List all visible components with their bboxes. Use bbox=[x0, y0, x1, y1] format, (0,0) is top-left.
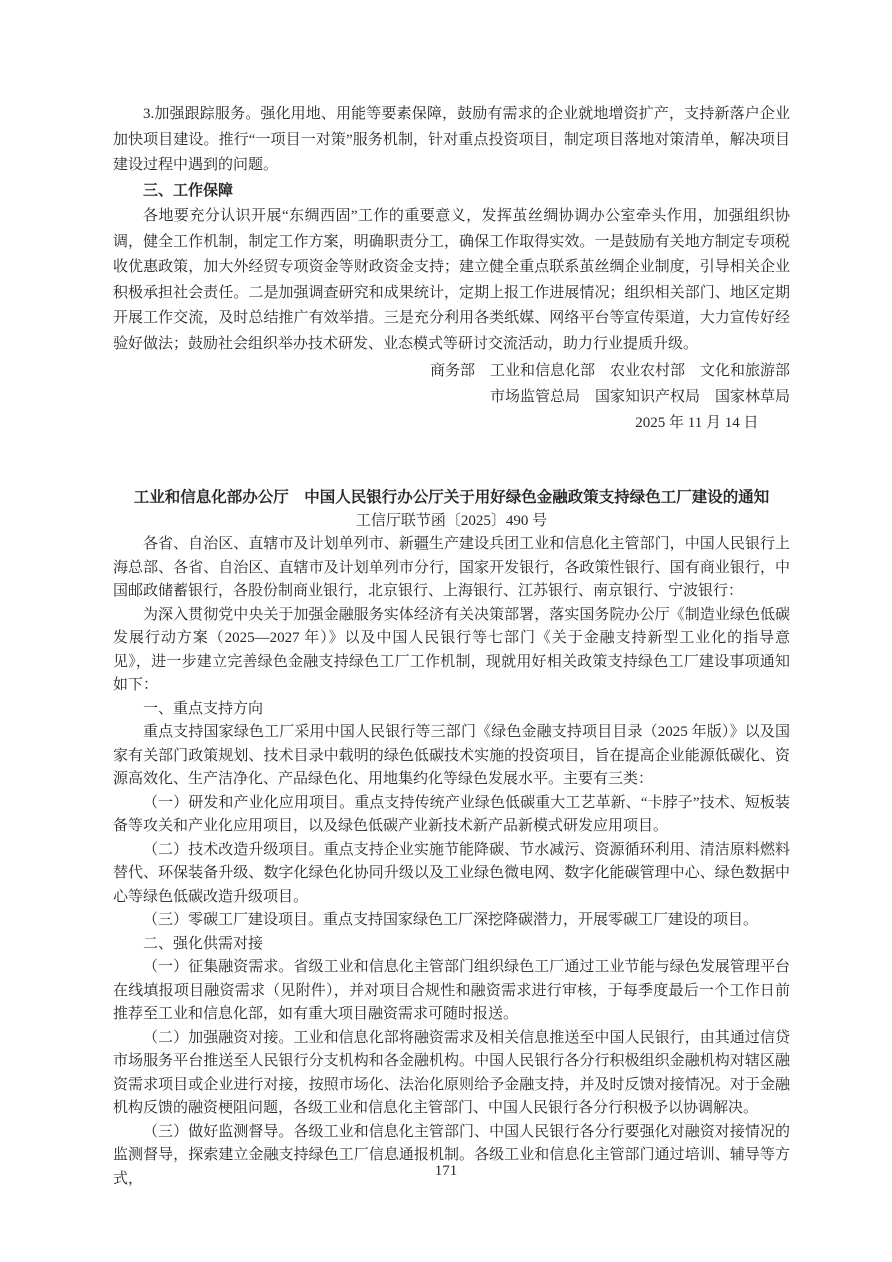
page-footer: 171 bbox=[0, 1162, 892, 1180]
doc2-section1-intro: 重点支持国家绿色工厂采用中国人民银行等三部门《绿色金融支持项目目录（2025 年… bbox=[113, 721, 790, 792]
doc2-item2-3: （三）做好监测督导。各级工业和信息化主管部门、中国人民银行各分行要强化对融资对接… bbox=[113, 1121, 790, 1192]
doc1-section: 3.加强跟踪服务。强化用地、用能等要素保障，鼓励有需求的企业就地增资扩产，支持新… bbox=[113, 102, 790, 436]
doc2-document-number: 工信厅联节函〔2025〕490 号 bbox=[113, 510, 790, 534]
doc1-section-heading: 三、工作保障 bbox=[113, 179, 790, 205]
doc2-item2-1: （一）征集融资需求。省级工业和信息化主管部门组织绿色工厂通过工业节能与绿色发展管… bbox=[113, 956, 790, 1027]
doc2-addressees: 各省、自治区、直辖市及计划单列市、新疆生产建设兵团工业和信息化主管部门，中国人民… bbox=[113, 533, 790, 604]
doc2-item1-3: （三）零碳工厂建设项目。重点支持国家绿色工厂深挖降碳潜力，开展零碳工厂建设的项目… bbox=[113, 909, 790, 933]
doc2-section1-heading: 一、重点支持方向 bbox=[113, 698, 790, 722]
doc1-closing-paragraph: 3.加强跟踪服务。强化用地、用能等要素保障，鼓励有需求的企业就地增资扩产，支持新… bbox=[113, 102, 790, 179]
doc2-title: 工业和信息化部办公厅 中国人民银行办公厅关于用好绿色金融政策支持绿色工厂建设的通… bbox=[113, 486, 790, 510]
doc2-item2-2: （二）加强融资对接。工业和信息化部将融资需求及相关信息推送至中国人民银行，由其通… bbox=[113, 1027, 790, 1121]
doc2-section2-heading: 二、强化供需对接 bbox=[113, 933, 790, 957]
doc2-item1-2: （二）技术改造升级项目。重点支持企业实施节能降碳、节水减污、资源循环利用、清洁原… bbox=[113, 839, 790, 910]
doc2-section: 工业和信息化部办公厅 中国人民银行办公厅关于用好绿色金融政策支持绿色工厂建设的通… bbox=[113, 486, 790, 1191]
page-number: 171 bbox=[435, 1163, 458, 1179]
doc1-signers-line2: 市场监管总局 国家知识产权局 国家林草局 bbox=[113, 384, 790, 410]
doc2-item1-1: （一）研发和产业化应用项目。重点支持传统产业绿色低碳重大工艺革新、“卡脖子”技术… bbox=[113, 792, 790, 839]
doc1-date: 2025 年 11 月 14 日 bbox=[113, 410, 790, 436]
doc1-signers-line1: 商务部 工业和信息化部 农业农村部 文化和旅游部 bbox=[113, 358, 790, 384]
doc1-signature-block: 商务部 工业和信息化部 农业农村部 文化和旅游部 市场监管总局 国家知识产权局 … bbox=[113, 358, 790, 436]
doc2-preamble: 为深入贯彻党中央关于加强金融服务实体经济有关决策部署，落实国务院办公厅《制造业绿… bbox=[113, 604, 790, 698]
document-page: 3.加强跟踪服务。强化用地、用能等要素保障，鼓励有需求的企业就地增资扩产，支持新… bbox=[0, 0, 892, 1262]
doc1-body-paragraph: 各地要充分认识开展“东绸西固”工作的重要意义，发挥茧丝绸协调办公室牵头作用，加强… bbox=[113, 204, 790, 357]
